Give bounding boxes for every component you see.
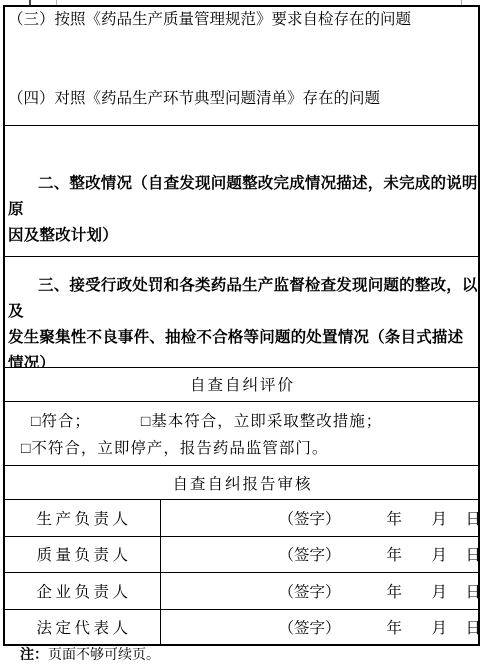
- checklist-problems-text: （四）对照《药品生产环节典型问题清单》存在的问题: [5, 87, 478, 111]
- day-label: 日: [466, 507, 479, 529]
- year-label: 年: [387, 543, 403, 565]
- signature-role-label: 质量负责人: [5, 537, 161, 573]
- sign-here-label: （签字）: [279, 543, 341, 565]
- month-label: 月: [432, 507, 448, 529]
- year-label: 年: [387, 616, 403, 638]
- supervision-row: 三、接受行政处罚和各类药品生产监督检查发现问题的整改，以及 发生聚集性不良事件、…: [5, 256, 478, 367]
- day-label: 日: [466, 616, 479, 638]
- checkbox-option-basic-conform[interactable]: □基本符合，立即采取整改措施；: [141, 413, 382, 430]
- evaluation-options-row: □符合；□基本符合，立即采取整改措施； □不符合，立即停产，报告药品监管部门。: [5, 401, 478, 466]
- signature-role-label: 企业负责人: [5, 573, 161, 609]
- signature-role-label: 法定代表人: [5, 610, 161, 645]
- year-label: 年: [387, 507, 403, 529]
- checkbox-option-conform[interactable]: □符合；: [31, 413, 91, 430]
- review-header-row: 自查自纠报告审核: [5, 465, 478, 499]
- gmp-problems-text: （三）按照《药品生产质量管理规范》要求自检存在的问题: [5, 8, 478, 32]
- day-label: 日: [466, 543, 479, 565]
- signature-row-quality: 质量负责人 （签字） 年 月 日: [5, 536, 478, 573]
- sign-here-label: （签字）: [279, 616, 341, 638]
- evaluation-header-row: 自查自纠评价: [5, 367, 478, 401]
- review-header-text: 自查自纠报告审核: [170, 472, 312, 494]
- signature-role-label: 生产负责人: [5, 500, 161, 536]
- sign-here-label: （签字）: [279, 580, 341, 602]
- signature-area: （签字） 年 月 日: [161, 573, 479, 609]
- rectification-heading-line1: 二、整改情况（自查发现问题整改完成情况描述，未完成的说明原: [5, 171, 478, 223]
- signature-row-legal: 法定代表人 （签字） 年 月 日: [5, 609, 478, 645]
- sign-here-label: （签字）: [279, 507, 341, 529]
- year-label: 年: [387, 580, 403, 602]
- document-page: （三）按照《药品生产质量管理规范》要求自检存在的问题 （四）对照《药品生产环节典…: [0, 0, 485, 665]
- note-label: 注：: [20, 648, 48, 663]
- month-label: 月: [432, 616, 448, 638]
- signature-row-enterprise: 企业负责人 （签字） 年 月 日: [5, 572, 478, 609]
- supervision-heading-line1: 三、接受行政处罚和各类药品生产监督检查发现问题的整改，以及: [5, 273, 478, 325]
- month-label: 月: [432, 543, 448, 565]
- signature-area: （签字） 年 月 日: [161, 500, 479, 536]
- signature-row-production: 生产负责人 （签字） 年 月 日: [5, 499, 478, 536]
- day-label: 日: [466, 580, 479, 602]
- problems-row: （三）按照《药品生产质量管理规范》要求自检存在的问题 （四）对照《药品生产环节典…: [5, 7, 478, 125]
- supervision-heading-line2: 发生聚集性不良事件、抽检不合格等问题的处置情况（条目式描述情况）: [5, 325, 478, 367]
- rectification-row: 二、整改情况（自查发现问题整改完成情况描述，未完成的说明原 因及整改计划）: [5, 125, 478, 257]
- month-label: 月: [432, 580, 448, 602]
- signature-area: （签字） 年 月 日: [161, 537, 479, 573]
- signature-area: （签字） 年 月 日: [161, 610, 479, 645]
- checkbox-option-nonconform[interactable]: □不符合，立即停产，报告药品监管部门。: [21, 440, 328, 457]
- note-text: 页面不够可续页。: [48, 648, 160, 663]
- rectification-heading-line2: 因及整改计划）: [5, 223, 478, 249]
- self-inspection-form-table: （三）按照《药品生产质量管理规范》要求自检存在的问题 （四）对照《药品生产环节典…: [3, 5, 480, 646]
- evaluation-header-text: 自查自纠评价: [188, 373, 295, 395]
- continuation-note: 注：页面不够可续页。: [20, 648, 160, 664]
